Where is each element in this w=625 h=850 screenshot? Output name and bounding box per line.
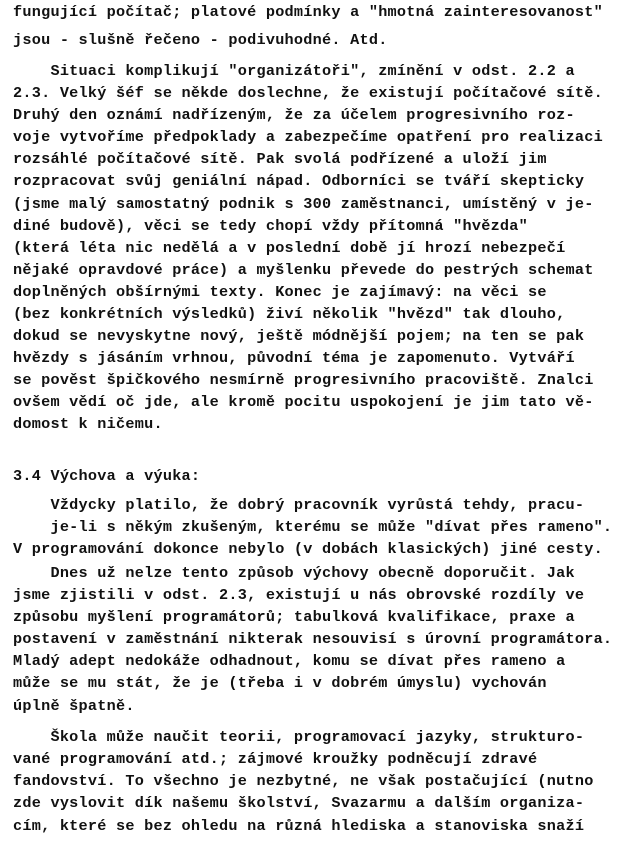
text-line: Druhý den oznámí nadřízeným, že za účele…: [13, 106, 575, 124]
text-line: jsou - slušně řečeno - podivuhodné. Atd.: [13, 31, 388, 49]
text-line: fandovství. To všechno je nezbytné, ne v…: [13, 772, 594, 790]
text-line: nějaké opravdové práce) a myšlenku převe…: [13, 261, 594, 279]
text-line: rozpracovat svůj geniální nápad. Odborní…: [13, 172, 584, 190]
text-line: je-li s někým zkušeným, kterému se může …: [13, 518, 612, 536]
text-line: fungující počítač; platové podmínky a "h…: [13, 3, 603, 21]
text-line: doplněných obšírnými texty. Konec je zaj…: [13, 283, 547, 301]
typewritten-page: fungující počítač; platové podmínky a "h…: [0, 0, 625, 850]
text-line: (jsme malý samostatný podnik s 300 zaměs…: [13, 195, 594, 213]
text-line: cím, které se bez ohledu na různá hledis…: [13, 817, 584, 835]
text-line: Mladý adept nedokáže odhadnout, komu se …: [13, 652, 565, 670]
text-line: postavení v zaměstnání nikterak nesouvis…: [13, 630, 612, 648]
text-line: ovšem vědí oč jde, ale kromě pocitu uspo…: [13, 393, 594, 411]
text-line: (která léta nic nedělá a v poslední době…: [13, 239, 565, 257]
text-line: zde vyslovit dík našemu školství, Svazar…: [13, 794, 584, 812]
paragraph-start-line: Dnes už nelze tento způsob výchovy obecn…: [13, 564, 575, 582]
text-line: V programování dokonce nebylo (v dobách …: [13, 540, 603, 558]
text-line: (bez konkrétních výsledků) živí několik …: [13, 305, 565, 323]
text-line: hvězdy s jásáním vrhnou, původní téma je…: [13, 349, 575, 367]
text-line: domost k ničemu.: [13, 415, 163, 433]
text-line: úplně špatně.: [13, 697, 135, 715]
text-line: se pověst špičkového nesmírně progresivn…: [13, 371, 594, 389]
text-line: vané programování atd.; zájmové kroužky …: [13, 750, 537, 768]
text-line: může se mu stát, že je (třeba i v dobrém…: [13, 674, 547, 692]
text-line: voje vytvoříme předpoklady a zabezpečíme…: [13, 128, 603, 146]
paragraph-start-line: Situaci komplikují "organizátoři", zmíně…: [13, 62, 575, 80]
text-line: způsobu myšlení programátorů; tabulková …: [13, 608, 575, 626]
section-heading: 3.4 Výchova a výuka:: [13, 467, 200, 485]
paragraph-start-line: Škola může naučit teorii, programovací j…: [13, 728, 584, 746]
text-line: dokud se nevyskytne nový, ještě módnější…: [13, 327, 584, 345]
text-line: 2.3. Velký šéf se někde doslechne, že ex…: [13, 84, 603, 102]
text-line: rozsáhlé počítačové sítě. Pak svolá podř…: [13, 150, 547, 168]
text-line: diné budově), věci se tedy chopí vždy př…: [13, 217, 528, 235]
text-line: jsme zjistili v odst. 2.3, existují u ná…: [13, 586, 584, 604]
paragraph-start-line: Vždycky platilo, že dobrý pracovník vyrů…: [13, 496, 584, 514]
